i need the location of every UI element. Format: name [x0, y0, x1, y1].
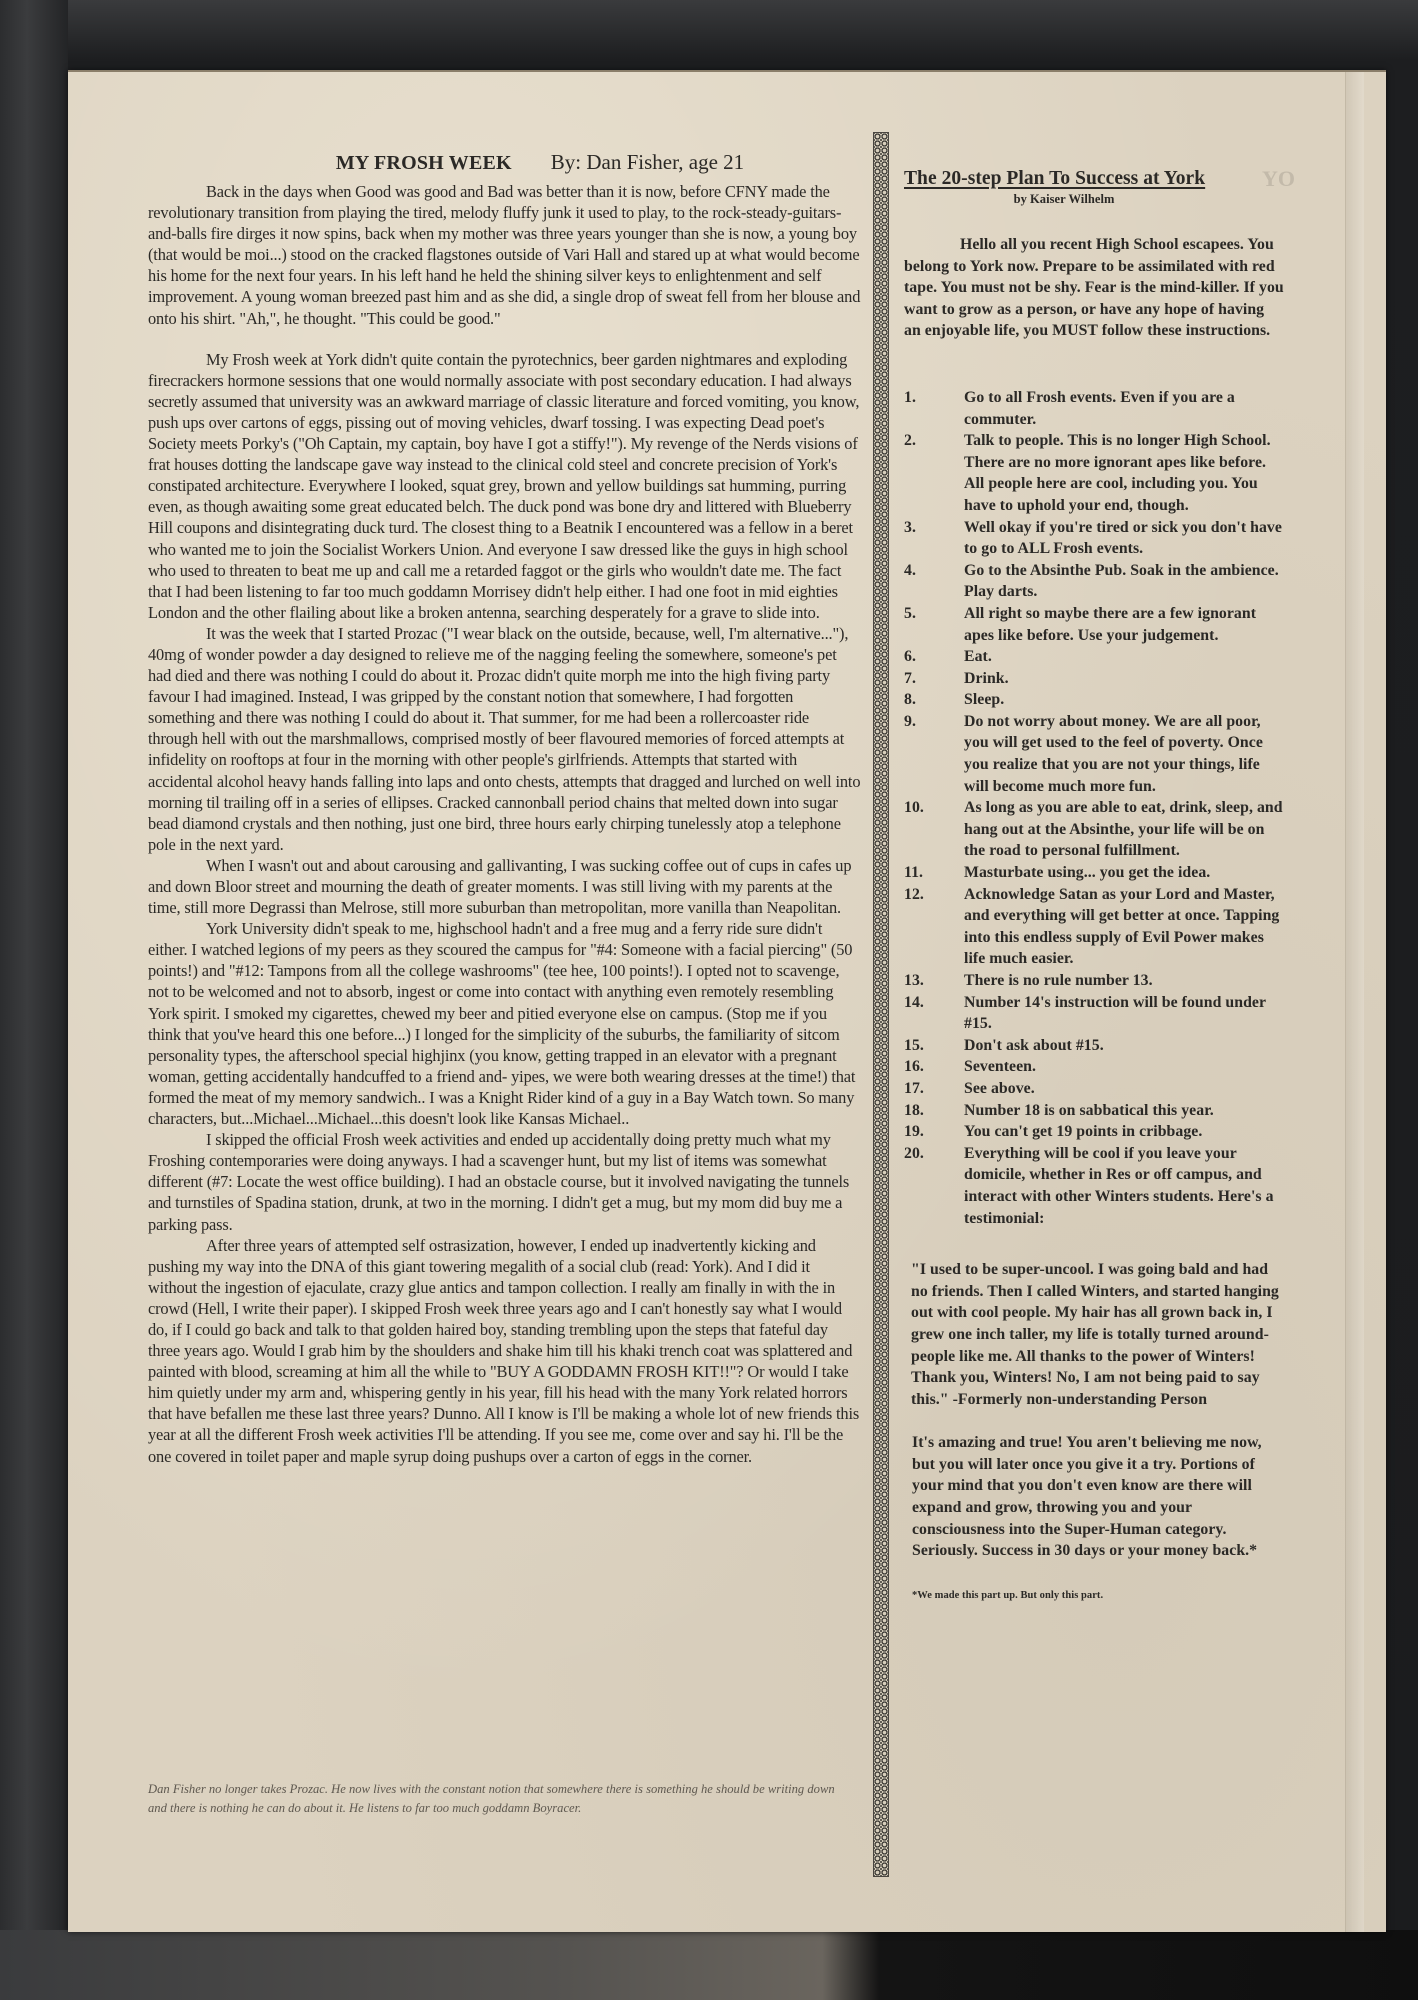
list-item: 17.See above. [904, 1078, 1284, 1100]
list-item: 7.Drink. [904, 668, 1284, 690]
step-number: 15. [904, 1035, 964, 1057]
closing-paragraph: It's amazing and true! You aren't believ… [904, 1432, 1284, 1562]
step-number: 9. [904, 711, 964, 797]
step-text: As long as you are able to eat, drink, s… [964, 797, 1284, 862]
list-item: 6.Eat. [904, 646, 1284, 668]
article-20-step-plan: The 20-step Plan To Success at York by K… [904, 168, 1284, 1603]
step-number: 11. [904, 862, 964, 884]
step-text: Do not worry about money. We are all poo… [964, 711, 1284, 797]
list-item: 1.Go to all Frosh events. Even if you ar… [904, 387, 1284, 430]
step-text: Go to all Frosh events. Even if you are … [964, 387, 1284, 430]
step-number: 12. [904, 884, 964, 970]
scanner-background-left [0, 0, 68, 2000]
step-number: 19. [904, 1121, 964, 1143]
list-item: 14.Number 14's instruction will be found… [904, 992, 1284, 1035]
scanner-background-bottom [0, 1930, 1418, 2000]
list-item: 3.Well okay if you're tired or sick you … [904, 517, 1284, 560]
list-item: 20.Everything will be cool if you leave … [904, 1143, 1284, 1229]
step-text: Acknowledge Satan as your Lord and Maste… [964, 884, 1284, 970]
decorative-column-divider [873, 132, 889, 1877]
step-number: 10. [904, 797, 964, 862]
article-title: The 20-step Plan To Success at York [904, 168, 1284, 190]
step-text: Don't ask about #15. [964, 1035, 1284, 1057]
step-number: 13. [904, 970, 964, 992]
list-item: 4.Go to the Absinthe Pub. Soak in the am… [904, 560, 1284, 603]
step-text: See above. [964, 1078, 1284, 1100]
step-text: Seventeen. [964, 1056, 1284, 1078]
step-text: There is no rule number 13. [964, 970, 1284, 992]
testimonial: "I used to be super-uncool. I was going … [904, 1259, 1284, 1410]
list-item: 9.Do not worry about money. We are all p… [904, 711, 1284, 797]
paper-fold-edge [1345, 72, 1364, 1932]
list-item: 12.Acknowledge Satan as your Lord and Ma… [904, 884, 1284, 970]
step-number: 6. [904, 646, 964, 668]
article-title: MY FROSH WEEK [336, 152, 512, 174]
list-item: 18.Number 18 is on sabbatical this year. [904, 1100, 1284, 1122]
disclaimer-footnote: *We made this part up. But only this par… [904, 1589, 1284, 1603]
step-text: Talk to people. This is no longer High S… [964, 430, 1284, 516]
list-item: 13.There is no rule number 13. [904, 970, 1284, 992]
list-item: 10.As long as you are able to eat, drink… [904, 797, 1284, 862]
list-item: 15.Don't ask about #15. [904, 1035, 1284, 1057]
step-text: You can't get 19 points in cribbage. [964, 1121, 1284, 1143]
step-text: Go to the Absinthe Pub. Soak in the ambi… [964, 560, 1284, 603]
paragraph: York University didn't speak to me, high… [148, 918, 862, 1129]
step-number: 5. [904, 603, 964, 646]
article-header: MY FROSH WEEK By: Dan Fisher, age 21 [218, 147, 862, 177]
step-text: Everything will be cool if you leave you… [964, 1143, 1284, 1229]
step-text: All right so maybe there are a few ignor… [964, 603, 1284, 646]
step-number: 18. [904, 1100, 964, 1122]
step-text: Masturbate using... you get the idea. [964, 862, 1284, 884]
step-text: Drink. [964, 668, 1284, 690]
step-text: Number 14's instruction will be found un… [964, 992, 1284, 1035]
paragraph: My Frosh week at York didn't quite conta… [148, 349, 862, 623]
paragraph: When I wasn't out and about carousing an… [148, 855, 862, 918]
list-item: 8.Sleep. [904, 689, 1284, 711]
step-number: 3. [904, 517, 964, 560]
paragraph: I skipped the official Frosh week activi… [148, 1129, 862, 1234]
step-number: 16. [904, 1056, 964, 1078]
step-number: 1. [904, 387, 964, 430]
list-item: 16.Seventeen. [904, 1056, 1284, 1078]
step-number: 14. [904, 992, 964, 1035]
step-number: 20. [904, 1143, 964, 1229]
article-byline: by Kaiser Wilhelm [844, 191, 1284, 207]
step-text: Well okay if you're tired or sick you do… [964, 517, 1284, 560]
paragraph: Back in the days when Good was good and … [148, 181, 862, 329]
author-bio: Dan Fisher no longer takes Prozac. He no… [148, 1780, 838, 1818]
list-item: 19.You can't get 19 points in cribbage. [904, 1121, 1284, 1143]
step-text: Sleep. [964, 689, 1284, 711]
step-number: 4. [904, 560, 964, 603]
list-item: 5.All right so maybe there are a few ign… [904, 603, 1284, 646]
step-number: 17. [904, 1078, 964, 1100]
article-body: Back in the days when Good was good and … [148, 181, 862, 1467]
intro-paragraph: Hello all you recent High School escapee… [904, 234, 1284, 342]
step-text: Number 18 is on sabbatical this year. [964, 1100, 1284, 1122]
steps-list: 1.Go to all Frosh events. Even if you ar… [904, 387, 1284, 1229]
list-item: 2.Talk to people. This is no longer High… [904, 430, 1284, 516]
paragraph: It was the week that I started Prozac ("… [148, 623, 862, 855]
article-my-frosh-week: MY FROSH WEEK By: Dan Fisher, age 21 Bac… [148, 147, 862, 1467]
step-number: 2. [904, 430, 964, 516]
article-byline: By: Dan Fisher, age 21 [551, 150, 744, 174]
step-text: Eat. [964, 646, 1284, 668]
paragraph: After three years of attempted self ostr… [148, 1235, 862, 1467]
step-number: 7. [904, 668, 964, 690]
step-number: 8. [904, 689, 964, 711]
list-item: 11.Masturbate using... you get the idea. [904, 862, 1284, 884]
intro-text: Hello all you recent High School escapee… [904, 236, 1284, 339]
